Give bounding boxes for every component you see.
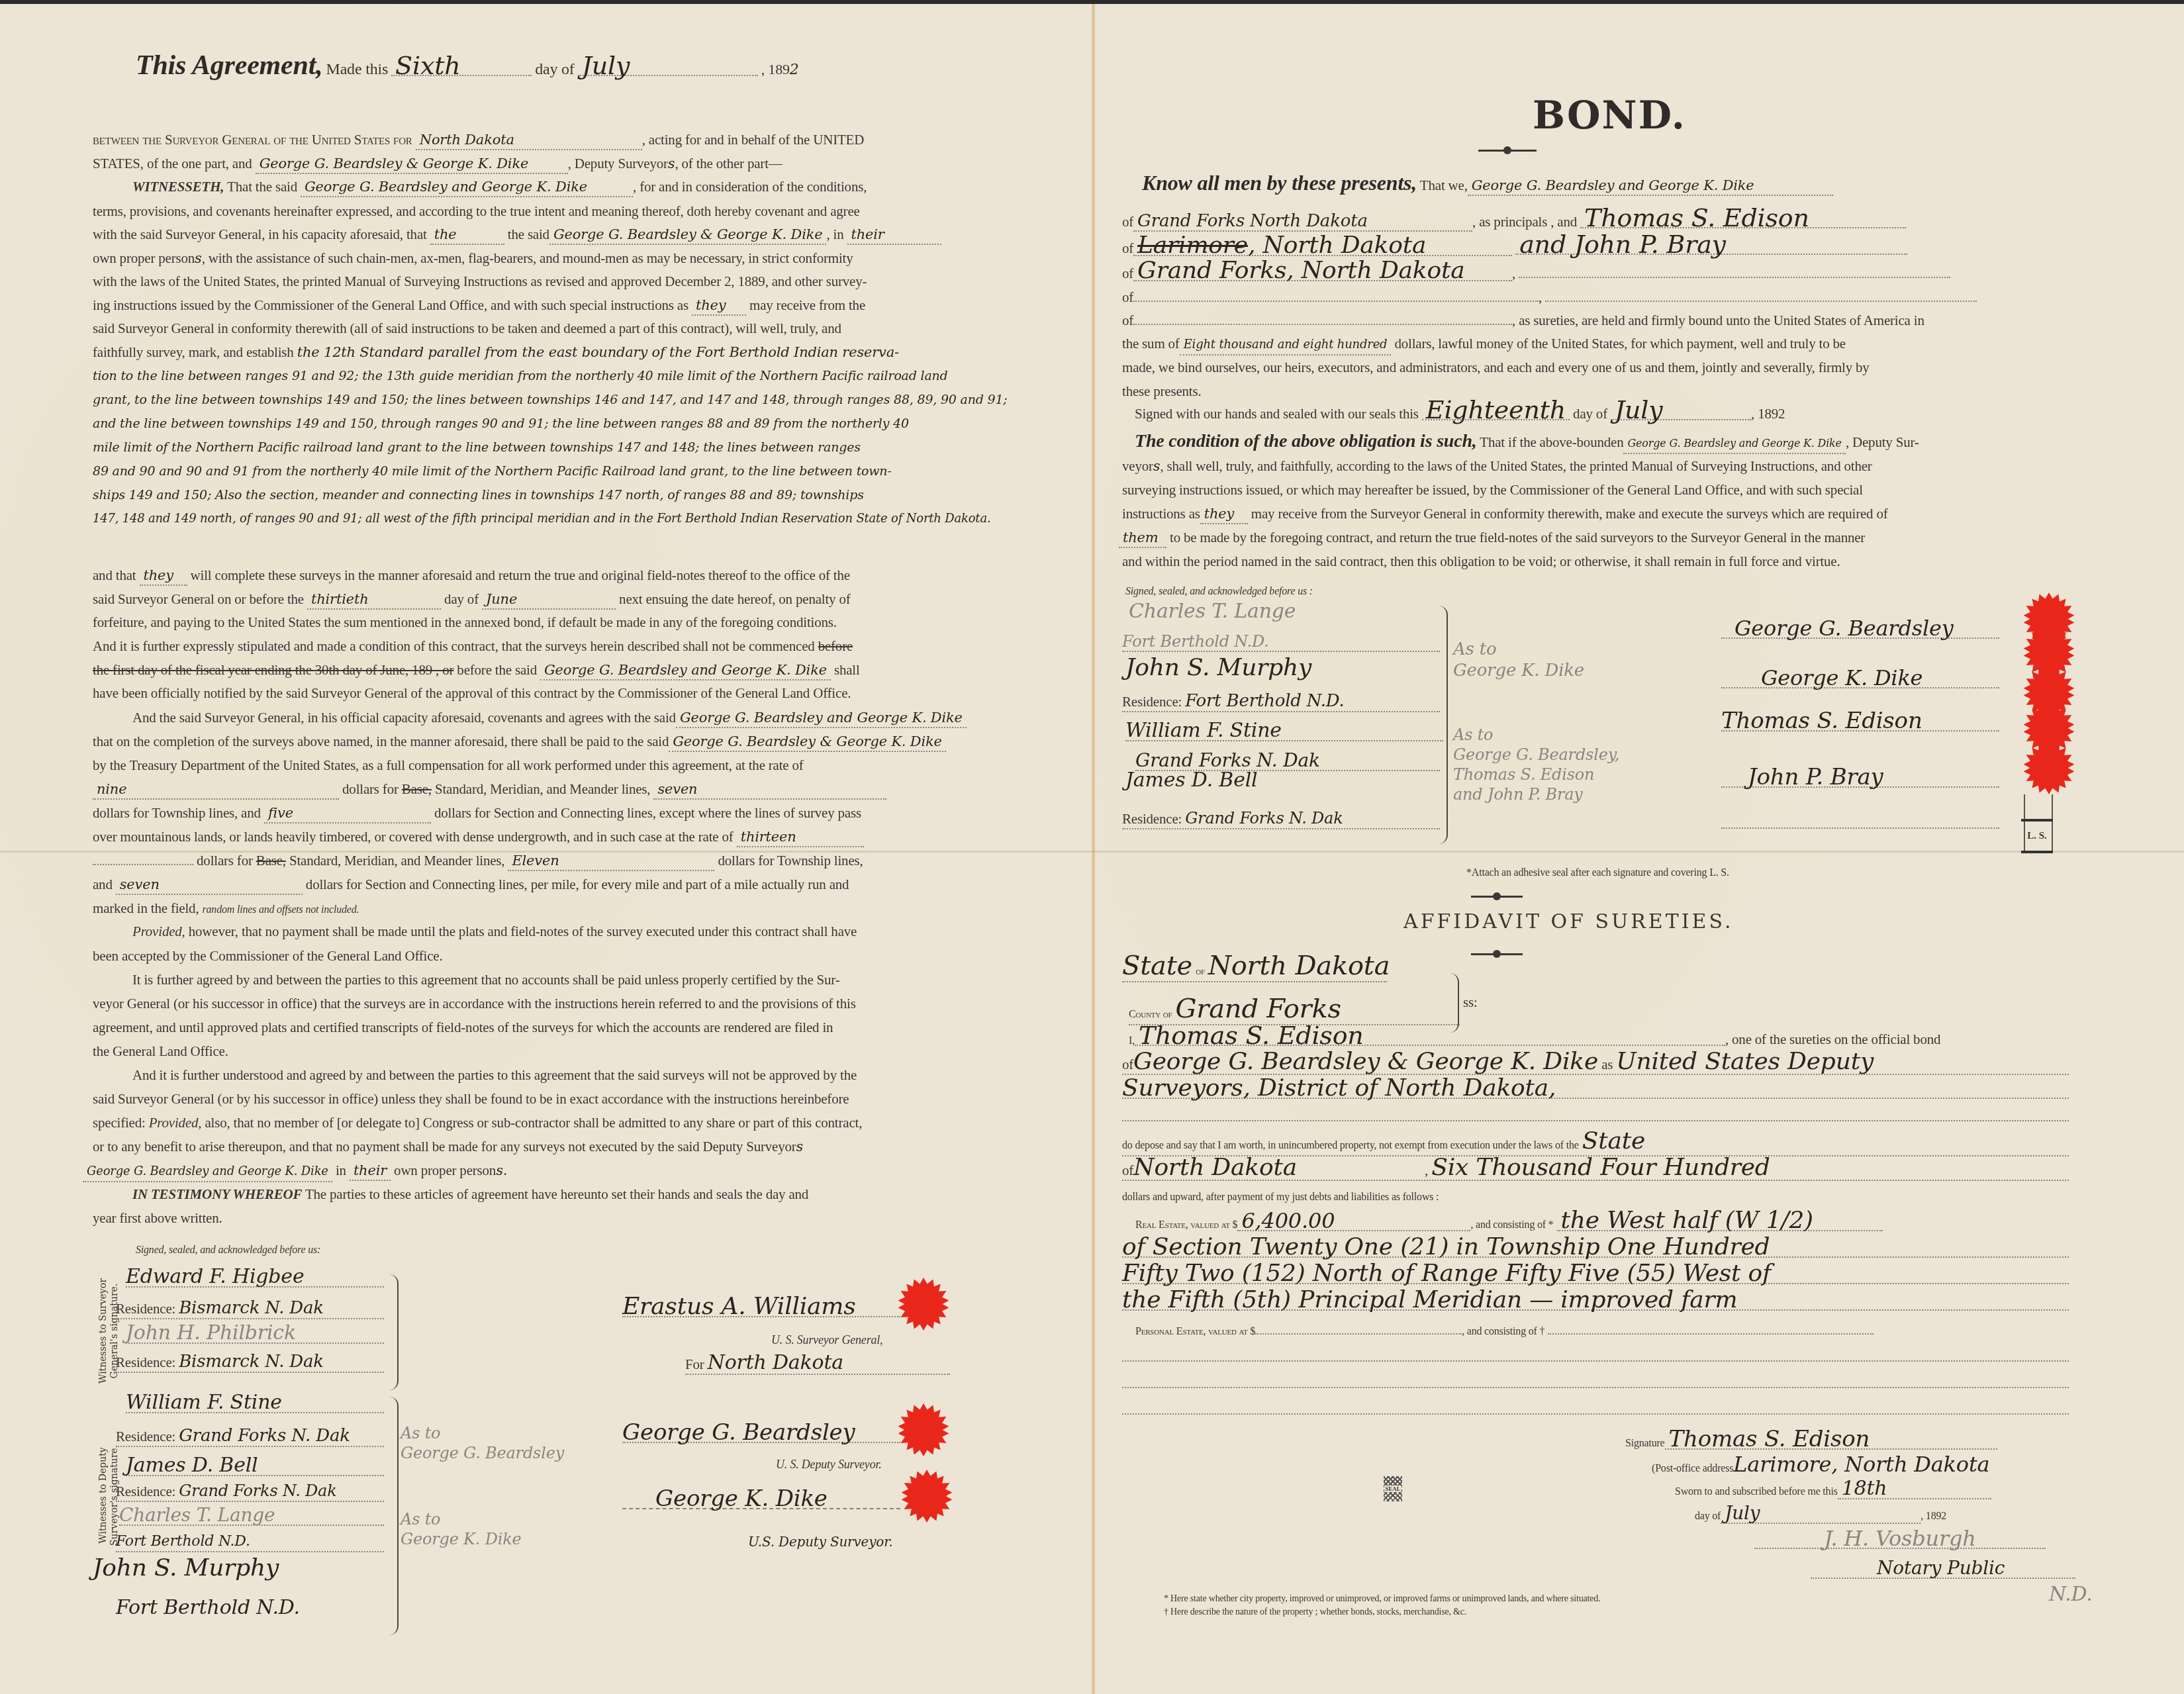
bond-signature-dike: George K. Dike [1721,669,1999,688]
agreement-line-23: And it is further expressly stipulated a… [93,637,853,655]
affidavit-note-2: † Here describe the nature of the proper… [1164,1603,1466,1622]
notary-title: Notary Public [1811,1559,2075,1579]
bond-bracket [1433,606,1448,844]
rate-township-lines: seven [653,780,886,800]
as-to-dike: As to George K. Dike [401,1509,522,1549]
witness-2-name: John H. Philbrick [126,1324,384,1344]
bond-line-6: of, as sureties, are held and firmly bou… [1122,311,1924,330]
agreement-line-37: It is further agreed by and between the … [132,970,840,989]
agreement-line-10: said Surveyor General in conformity ther… [93,319,841,338]
bond-witness-1-name: Charles T. Lange [1129,602,1296,621]
agreement-line-34: marked in the field, random lines and of… [93,899,359,919]
agreement-month: July [578,56,758,76]
bond-witness-4-residence: Residence: Grand Forks N. Dak [1122,809,1440,829]
agreement-line-27: that on the completion of the surveys ab… [93,732,946,752]
ls-box: L. S. [2021,819,2053,853]
agreement-line-20: and that they will complete these survey… [93,566,850,586]
bracket-witnesses-2 [384,1397,399,1635]
agreement-line-38: veyor General (or his successor in offic… [93,994,856,1013]
survey-description-3: and the line between townships 149 and 1… [93,414,909,433]
agreement-line-22: forfeiture, and paying to the United Sta… [93,613,837,632]
surety-bray: and John P. Bray [1515,235,1907,255]
bond-witness-4-name: James D. Bell [1125,771,1258,790]
agreement-line-40: the General Land Office. [93,1042,228,1060]
real-estate-line: Real Estate, valued at $6,400.00, and co… [1135,1211,1883,1235]
affidavit-state: North Dakota [1208,951,1390,981]
agreement-line-46: IN TESTIMONY WHEREOF The parties to thes… [132,1185,808,1203]
notary-signature: J. H. Vosburgh [1754,1529,2046,1549]
sworn-day: 18th [1838,1480,1991,1499]
blank-rule [1122,1413,2069,1415]
bond-signature-bray: John P. Bray [1721,768,1999,788]
bond-footnote: *Attach an adhesive seal after each sign… [1466,864,1729,882]
agreement-line-5: terms, provisions, and covenants hereina… [93,202,860,220]
post-office-address: Larimore, North Dakota [1733,1452,1989,1477]
witness-5-name: Charles T. Lange [119,1506,384,1526]
bond-line-7: the sum ofEight thousand and eight hundr… [1122,334,1846,355]
bond-witness-2-name: John S. Murphy [1125,659,1311,677]
bond-amount: Eight thousand and eight hundred [1180,336,1392,355]
agreement-line-9: ing instructions issued by the Commissio… [93,296,865,316]
affidavit-title: AFFIDAVIT OF SURETIES. [1403,910,1733,933]
witness-4-residence: Residence: Grand Forks N. Dak [116,1482,384,1502]
affidavit-signature-line: SignatureThomas S. Edison [1625,1430,1997,1453]
bond-witness-2-residence: Residence: Fort Berthold N.D. [1122,692,1440,712]
affidavit-line-5: ofNorth Dakota, Six Thousand Four Hundre… [1122,1158,2069,1181]
bond-line-11: The condition of the above obligation is… [1135,432,1919,454]
agreement-line-41: And it is further understood and agreed … [132,1066,857,1084]
bond-line-1: Know all men by these presents, That we,… [1142,173,1833,196]
agreement-line-21: said Surveyor General on or before the t… [93,590,851,610]
bond-line-9: these presents. [1122,382,1201,400]
seal-placeholder: SEAL [1384,1476,1402,1501]
real-estate-desc-2: Fifty Two (152) North of Range Fifty Fiv… [1122,1264,2069,1284]
rate-standard-lines: nine [93,780,339,800]
real-estate-value: 6,400.00 [1237,1211,1470,1231]
agreement-line-8: with the laws of the United States, the … [93,272,867,291]
witness-1-name: Edward F. Higbee [126,1268,384,1288]
bond-line-5: of, [1122,288,1977,306]
agreement-signed-label: Signed, sealed, and acknowledged before … [136,1241,320,1260]
bond-line-15: them to be made by the foregoing contrac… [1119,528,1865,548]
rate-timbered-section: seven [116,875,303,895]
bond-signature-beardsley: George G. Beardsley [1721,619,1999,639]
blank-rule [1122,1387,2069,1388]
ornament-rule [1471,896,1523,898]
bond-day: Eighteenth [1422,400,1570,420]
agreement-parties: George G. Beardsley & George K. Dike [256,154,568,174]
blank-rule [1122,1120,2069,1121]
bond-line-10: Signed with our hands and sealed with ou… [1135,400,1785,423]
blank-rule [1122,1360,2069,1362]
bond-line-12: veyors, shall well, truly, and faithfull… [1122,457,1872,475]
agreement-heading-line: This Agreement, Made this Sixth day of J… [136,56,799,79]
ornament-rule [1471,953,1523,955]
title-deputy-surveyor-2: U.S. Deputy Surveyor. [748,1532,892,1551]
center-fold [1092,4,1096,1694]
real-estate-desc-1: of Section Twenty One (21) in Township O… [1122,1238,2069,1258]
know-all-men: Know all men by these presents, [1142,171,1417,195]
agreement-day: Sixth [391,56,532,76]
bond-signature-edison: Thomas S. Edison [1721,712,1999,731]
agreement-line-42: said Surveyor General (or by his success… [93,1090,849,1108]
agreement-line-43: specified: Provided, also, that no membe… [93,1113,862,1132]
agreement-line-45: George G. Beardsley and George K. Dike i… [83,1161,507,1182]
post-office-line: (Post-office addressLarimore, North Dako… [1652,1455,1989,1478]
rate-section-lines: five [264,804,431,823]
agreement-line-26: And the said Surveyor General, in his of… [132,708,967,728]
witnesseth: WITNESSETH, [132,179,224,195]
bond-line-4: ofGrand Forks, North Dakota, [1122,261,1950,283]
bond-line-3: ofLarimore, North Dakota and John P. Bra… [1122,235,1907,258]
bond-signed-label: Signed, sealed, and acknowledged before … [1125,583,1313,601]
affidavit-line-1: I,Thomas S. Edison, one of the sureties … [1129,1026,1940,1051]
sworn-line: Sworn to and subscribed before me this18… [1675,1480,1991,1501]
bond-signature-blank [1721,827,1999,829]
sworn-month: July [1721,1504,1921,1524]
survey-description-5: 89 and 90 and 90 and 91 from the norther… [93,462,892,481]
agreement-line-32: dollars for Base, Standard, Meridian, an… [93,851,863,871]
agreement-state: North Dakota [416,130,642,150]
agreement-line-6: with the said Surveyor General, in his c… [93,225,941,245]
rate-timbered-township: Eleven [508,851,714,871]
agreement-line-31: over mountainous lands, or lands heavily… [93,827,864,847]
personal-estate-line: Personal Estate, valued at $, and consis… [1135,1321,1874,1341]
affidavit-county: Grand Forks [1176,994,1341,1024]
survey-description-6: ships 149 and 150; Also the section, mea… [93,486,864,504]
signature-beardsley: George G. Beardsley [622,1423,900,1443]
affidavit-state-line: State of North Dakota [1122,957,1387,982]
bond-month: July [1611,400,1751,420]
witness-4-name: James D. Bell [126,1456,384,1476]
affidavit-worth: Six Thousand Four Hundred [1431,1154,1770,1181]
completion-month: June [482,590,616,610]
bond-line-14: instructions asthey may receive from the… [1122,504,1888,524]
survey-description-7: 147, 148 and 149 north, of ranges 90 and… [93,510,990,528]
survey-description-2: grant, to the line between townships 149… [93,391,1008,409]
bond-as-to-dike: As to George K. Dike [1453,639,1584,681]
bond-title: BOND. [1533,93,1686,138]
agreement-line-30: dollars for Township lines, and five dol… [93,804,861,823]
bond-line-13: surveying instructions issued, or which … [1122,481,1863,499]
survey-description-1: tion to the line between ranges 91 and 9… [93,367,948,385]
witness-3-name: William F. Stine [126,1393,384,1413]
condition-heading: The condition of the above obligation is… [1135,431,1477,451]
for-state-line: For North Dakota [685,1354,950,1375]
survey-description-4: mile limit of the Northern Pacific railr… [93,438,861,457]
agreement-line-35: Provided, however, that no payment shall… [132,922,857,941]
affidavit-line-6: dollars and upward, after payment of my … [1122,1188,1439,1207]
agreement-line-11: faithfully survey, mark, and establish t… [93,343,899,361]
bond-line-8: made, we bind ourselves, our heirs, exec… [1122,358,1870,377]
agreement-line-2: between the Surveyor General of the Unit… [93,130,864,150]
bond-witness-1-residence: Fort Berthold N.D. [1122,632,1440,652]
agreement-line-36: been accepted by the Commissioner of the… [93,947,443,965]
sworn-date-line: day ofJuly, 1892 [1695,1504,1946,1526]
agreement-line-4: WITNESSETH, That the said George G. Bear… [132,177,867,197]
agreement-line-25: have been officially notified by the sai… [93,684,851,702]
bond-line-2: ofGrand Forks North Dakota, as principal… [1122,209,1906,232]
bracket-witnesses-1 [384,1274,399,1390]
affidavit-name: Thomas S. Edison [1135,1026,1725,1046]
witness-1-residence: Residence: Bismarck N. Dak [116,1299,384,1319]
witness-3-residence: Residence: Grand Forks N. Dak [116,1427,384,1447]
agreement-line-28: by the Treasury Department of the United… [93,756,804,775]
completion-day: thirtieth [307,590,441,610]
affidavit-line-3: Surveyors, District of North Dakota, [1122,1079,2069,1099]
as-to-beardsley: As to George G. Beardsley [401,1423,564,1463]
surety-edison: Thomas S. Edison [1580,209,1906,228]
witness-6-name: John S. Murphy [93,1559,279,1577]
agreement-line-47: year first above written. [93,1209,222,1227]
agreement-line-7: own proper persons, with the assistance … [93,249,853,267]
witness-2-residence: Residence: Bismarck N. Dak [116,1352,384,1373]
witness-6-residence: Fort Berthold N.D. [116,1599,300,1617]
agreement-line-3: STATES, of the one part, and George G. B… [93,154,783,174]
title-surveyor-general: U. S. Surveyor General, [771,1331,882,1349]
affidavit-ss: ss: [1463,993,1478,1012]
affidavit-signature: Thomas S. Edison [1665,1430,1997,1450]
agreement-heading: This Agreement, [136,50,322,81]
agreement-line-24: the first day of the fiscal year ending … [93,661,860,681]
agreement-line-39: agreement, and until approved plats and … [93,1018,833,1037]
signature-dike: George K. Dike [622,1489,900,1509]
notary-state: N.D. [2049,1585,2093,1604]
rate-timbered-standard: thirteen [737,827,864,847]
bond-witness-3-name: William F. Stine [1125,722,1443,741]
bond-as-to-others: As to George G. Beardsley, Thomas S. Edi… [1453,725,1619,804]
affidavit-line-4: do depose and say that I am worth, in un… [1122,1132,2069,1156]
agreement-line-29: nine dollars for Base, Standard, Meridia… [93,780,886,800]
witness-5-residence: Fort Berthold N.D. [116,1532,384,1552]
agreement-line-44: or to any benefit to arise thereupon, an… [93,1137,803,1156]
real-estate-desc-3: the Fifth (5th) Principal Meridian — imp… [1122,1291,2069,1311]
bond-line-16: and within the period named in the said … [1122,552,1840,571]
ornament-rule [1478,150,1537,152]
affidavit-line-2: ofGeorge G. Beardsley & George K. Dike a… [1122,1053,2069,1075]
signature-surveyor-general: Erastus A. Williams [622,1297,900,1317]
title-deputy-surveyor-1: U. S. Deputy Surveyor. [776,1455,882,1474]
agreement-line-33: and seven dollars for Section and Connec… [93,875,849,895]
in-testimony-whereof: IN TESTIMONY WHEREOF [132,1186,302,1202]
